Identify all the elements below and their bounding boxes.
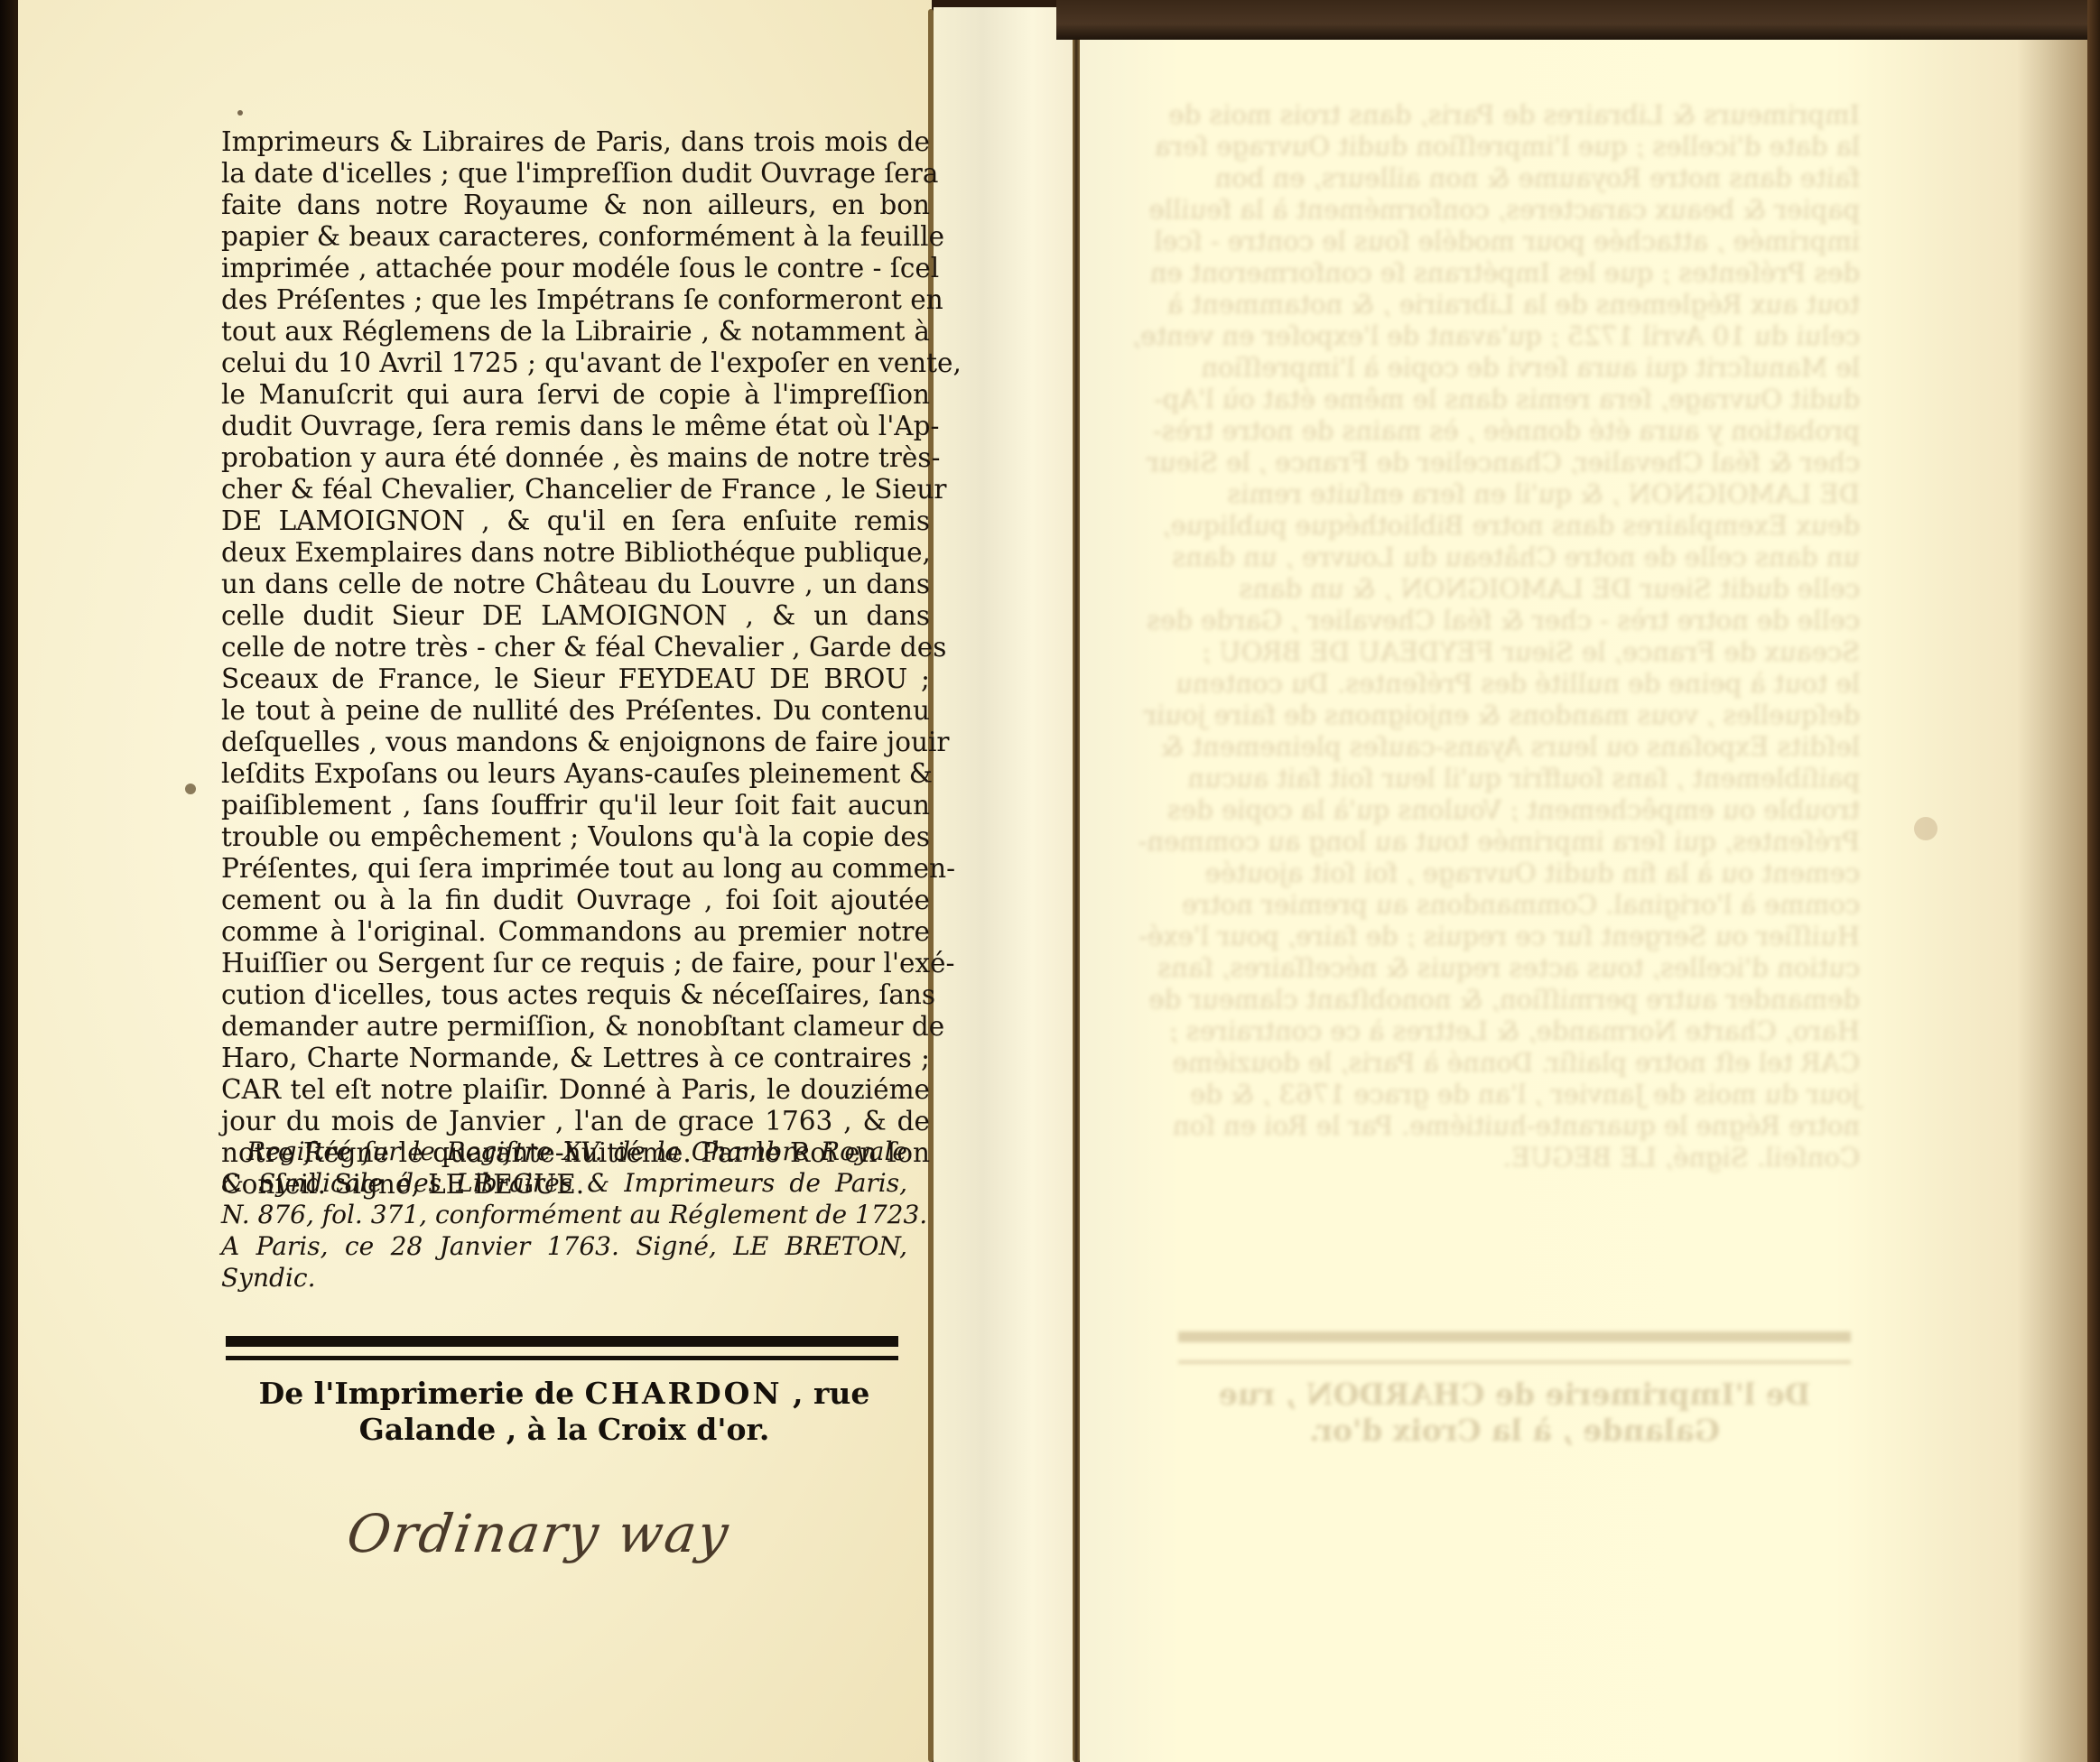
colophon-suffix: , rue: [783, 1376, 870, 1411]
registry-line: Syndic.: [221, 1262, 907, 1294]
colophon-line-2: Galande , à la Croix d'or.: [217, 1412, 912, 1448]
bleed-line: le tout à peine de nullité des Préſentes…: [1201, 668, 1860, 700]
bleed-line: Préſentes, qui ſera imprimée tout au lon…: [1201, 826, 1860, 858]
text-line: imprimée , attachée pour modéle ſous le …: [221, 253, 930, 284]
bleed-line: celle dudit Sieur DE LAMOIGNON , & un da…: [1201, 573, 1860, 605]
bleed-line: tout aux Réglemens de la Librairie , & n…: [1201, 289, 1860, 320]
bleed-line: Haro, Charte Normande, & Lettres à ce co…: [1201, 1015, 1860, 1047]
text-line: paiſiblement , ſans ſouffrir qu'il leur …: [221, 790, 930, 821]
registry-line: N. 876, fol. 371, conformément au Réglem…: [221, 1199, 907, 1230]
bleed-line: leſdits Expoſans ou leurs Ayans-cauſes p…: [1201, 731, 1860, 763]
text-line: trouble ou empêchement ; Voulons qu'à la…: [221, 821, 930, 853]
text-line: Huiſſier ou Sergent ſur ce requis ; de f…: [221, 948, 930, 979]
text-line: demander autre permiſſion, & nonobſtant …: [221, 1011, 930, 1043]
text-line: leſdits Expoſans ou leurs Ayans-cauſes p…: [221, 758, 930, 790]
text-line: deſquelles , vous mandons & enjoignons d…: [221, 727, 930, 758]
binding-left-edge: [0, 0, 18, 1762]
text-line: cher & féal Chevalier, Chancelier de Fra…: [221, 474, 930, 505]
bleed-line: un dans celle de notre Château du Louvre…: [1201, 542, 1860, 573]
text-line: celle dudit Sieur DE LAMOIGNON , & un da…: [221, 600, 930, 632]
spine-crease: [1073, 18, 1080, 1762]
foxing-spot: [185, 784, 196, 794]
text-line: DE LAMOIGNON , & qu'il en ſera enſuite r…: [221, 505, 930, 537]
gutter-stub: [934, 7, 1074, 1762]
bleed-line: comme à l'original. Commandons au premie…: [1201, 889, 1860, 921]
text-line: Haro, Charte Normande, & Lettres à ce co…: [221, 1043, 930, 1074]
ornamental-rule-thick: [226, 1336, 898, 1347]
bleed-line: demander autre permiſſion, & nonobſtant …: [1201, 984, 1860, 1015]
registry-line: & Syndicale des Libraires & Imprimeurs d…: [221, 1167, 907, 1199]
bleed-line: imprimée , attachée pour modéle ſous le …: [1201, 226, 1860, 257]
text-line: comme à l'original. Commandons au premie…: [221, 916, 930, 948]
cover-top-edge: [1056, 0, 2100, 40]
bleed-line: papier & beaux caracteres, conformément …: [1201, 194, 1860, 226]
text-line: un dans celle de notre Château du Louvre…: [221, 569, 930, 600]
bleed-line: celui du 10 Avril 1725 ; qu'avant de l'e…: [1201, 320, 1860, 352]
bleed-line: deux Exemplaires dans notre Bibliothéque…: [1201, 510, 1860, 542]
bleed-line: probation y aura été donnée , ès mains d…: [1201, 415, 1860, 447]
bleed-line: faite dans notre Royaume & non ailleurs,…: [1201, 162, 1860, 194]
bleed-line: Conſeil. Signé, LE BEGUE.: [1201, 1142, 1860, 1173]
ornamental-rule-thin: [226, 1356, 898, 1360]
text-line: cement ou à la fin dudit Ouvrage , foi ſ…: [221, 885, 930, 916]
colophon-line-1: De l'Imprimerie de CHARDON , rue: [217, 1376, 912, 1412]
text-line: deux Exemplaires dans notre Bibliothéque…: [221, 537, 930, 569]
text-line: des Préſentes ; que les Impétrans ſe con…: [221, 284, 930, 316]
text-line: dudit Ouvrage, ſera remis dans le même é…: [221, 411, 930, 442]
bleed-line: trouble ou empêchement ; Voulons qu'à la…: [1201, 794, 1860, 826]
bleed-colophon-line: De l'Imprimerie de CHARDON , rue: [1178, 1377, 1851, 1413]
text-line: Sceaux de France, le Sieur FEYDEAU DE BR…: [221, 663, 930, 695]
colophon-prefix: De l'Imprimerie de: [259, 1376, 585, 1411]
text-line: celui du 10 Avril 1725 ; qu'avant de l'e…: [221, 348, 930, 379]
bleed-line: Sceaux de France, le Sieur FEYDEAU DE BR…: [1201, 636, 1860, 668]
bleed-line: notre Régne le quarante-huitiéme. Par le…: [1201, 1110, 1860, 1142]
text-line: probation y aura été donnée , ès mains d…: [221, 442, 930, 474]
text-line: cution d'icelles, tous actes requis & né…: [221, 979, 930, 1011]
registry-paragraph: Regiſtré ſur le Regiſtre XV. de la Chamb…: [221, 1136, 907, 1294]
bleed-line: jour du mois de Janvier , l'an de grace …: [1201, 1079, 1860, 1110]
bleed-line: des Préſentes ; que les Impétrans ſe con…: [1201, 257, 1860, 289]
bleed-through-colophon: De l'Imprimerie de CHARDON , rue Galande…: [1178, 1377, 1851, 1449]
text-line: le tout à peine de nullité des Préſentes…: [221, 695, 930, 727]
foxing-spot: [1914, 817, 1937, 840]
bleed-line: CAR tel eſt notre plaiſir. Donné à Paris…: [1201, 1047, 1860, 1079]
cover-right-edge: [2087, 0, 2100, 1762]
bleed-line: cement ou à la fin dudit Ouvrage , foi ſ…: [1201, 858, 1860, 889]
text-line: papier & beaux caracteres, conformément …: [221, 221, 930, 253]
text-line: jour du mois de Janvier , l'an de grace …: [221, 1106, 930, 1137]
bleed-line: Huiſſier ou Sergent ſur ce requis ; de f…: [1201, 921, 1860, 952]
text-line: faite dans notre Royaume & non ailleurs,…: [221, 190, 930, 221]
text-line: tout aux Réglemens de la Librairie , & n…: [221, 316, 930, 348]
registry-line: Regiſtré ſur le Regiſtre XV. de la Chamb…: [221, 1136, 907, 1167]
text-line: le Manuſcrit qui aura ſervi de copie à l…: [221, 379, 930, 411]
bleed-line: cher & féal Chevalier, Chancelier de Fra…: [1201, 447, 1860, 478]
privilege-text: Imprimeurs & Libraires de Paris, dans tr…: [221, 126, 930, 1201]
right-page-bleed-through: Imprimeurs & Libraires de Paris, dans tr…: [1201, 99, 1860, 1173]
bleed-line: celle de notre très - cher & féal Cheval…: [1201, 605, 1860, 636]
printer-name: CHARDON: [585, 1376, 783, 1411]
foxing-spot: [237, 110, 243, 116]
registry-line: A Paris, ce 28 Janvier 1763. Signé, LE B…: [221, 1230, 907, 1262]
bleed-line: deſquelles , vous mandons & enjoignons d…: [1201, 700, 1860, 731]
bleed-line: le Manuſcrit qui aura ſervi de copie à l…: [1201, 352, 1860, 384]
bleed-through-rule: [1178, 1331, 1851, 1364]
text-line: celle de notre très - cher & féal Cheval…: [221, 632, 930, 663]
printer-colophon: De l'Imprimerie de CHARDON , rue Galande…: [217, 1376, 912, 1448]
bleed-line: la date d'icelles ; que l'impreſſion dud…: [1201, 131, 1860, 162]
bleed-line: DE LAMOIGNON , & qu'il en ſera enſuite r…: [1201, 478, 1860, 510]
text-line: Imprimeurs & Libraires de Paris, dans tr…: [221, 126, 930, 158]
bleed-line: dudit Ouvrage, ſera remis dans le même é…: [1201, 384, 1860, 415]
bleed-line: cution d'icelles, tous actes requis & né…: [1201, 952, 1860, 984]
text-line: CAR tel eſt notre plaiſir. Donné à Paris…: [221, 1074, 930, 1106]
bleed-line: Imprimeurs & Libraires de Paris, dans tr…: [1201, 99, 1860, 131]
bleed-colophon-line: Galande , à la Croix d'or.: [1178, 1413, 1851, 1449]
text-line: Préſentes, qui ſera imprimée tout au lon…: [221, 853, 930, 885]
text-line: la date d'icelles ; que l'impreſſion dud…: [221, 158, 930, 190]
bleed-line: paiſiblement , ſans ſouffrir qu'il leur …: [1201, 763, 1860, 794]
handwritten-note: Ordinary way: [343, 1503, 733, 1564]
